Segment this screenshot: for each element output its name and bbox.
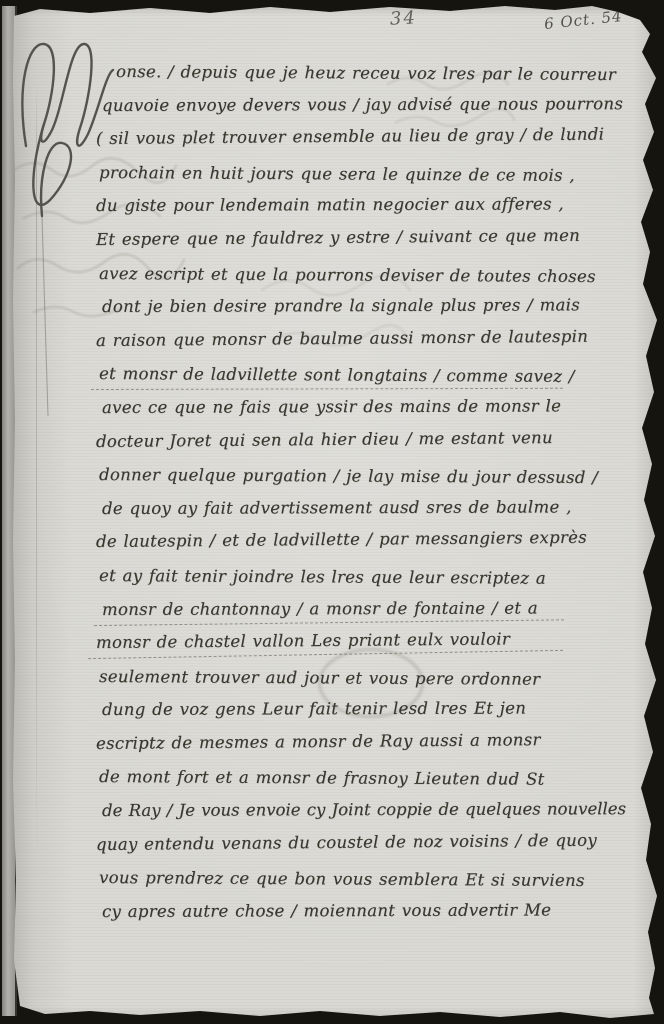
manuscript-line: avec ce que ne fais que yssir des mains … <box>102 391 648 426</box>
manuscript-line: et ay fait tenir joindre les lres que le… <box>99 561 648 598</box>
folio-number: 34 <box>389 7 417 29</box>
manuscript-line: monsr de chantonnay / a monsr de fontain… <box>102 593 648 628</box>
manuscript-page: 34 6 Oct. 54 onse. / depuis que je heuz … <box>0 0 664 1024</box>
manuscript-text: onse. / depuis que je heuz receu voz lre… <box>96 57 648 930</box>
manuscript-line: de lautespin / et de ladvillette / par m… <box>96 522 648 560</box>
date-annotation: 6 Oct. 54 <box>543 7 623 33</box>
manuscript-scan: 34 6 Oct. 54 onse. / depuis que je heuz … <box>0 0 664 1024</box>
manuscript-line: a raison que monsr de baulme aussi monsr… <box>96 321 648 359</box>
manuscript-line: cy apres autre chose / moiennant vous ad… <box>102 895 648 930</box>
manuscript-line: quavoie envoye devers vous / jay advisé … <box>102 89 648 124</box>
manuscript-line: de Ray / Je vous envoie cy Joint coppie … <box>102 794 648 829</box>
manuscript-line: escriptz de mesmes a monsr de Ray aussi … <box>96 724 648 762</box>
manuscript-line: quay entendu venans du coustel de noz vo… <box>96 825 648 863</box>
manuscript-line: du giste pour lendemain matin negocier a… <box>96 189 648 225</box>
manuscript-line: Et espere que ne fauldrez y estre / suiv… <box>96 220 648 258</box>
manuscript-line: docteur Joret qui sen ala hier dieu / me… <box>96 422 648 460</box>
manuscript-line: dung de voz gens Leur fait tenir lesd lr… <box>102 693 648 728</box>
manuscript-line: monsr de chastel vallon Les priant eulx … <box>96 623 648 661</box>
manuscript-line: dont je bien desire prandre la signale p… <box>102 290 648 325</box>
manuscript-line: ( sil vous plet trouver ensemble au lieu… <box>96 119 648 157</box>
manuscript-line: onse. / depuis que je heuz receu voz lre… <box>116 57 648 94</box>
